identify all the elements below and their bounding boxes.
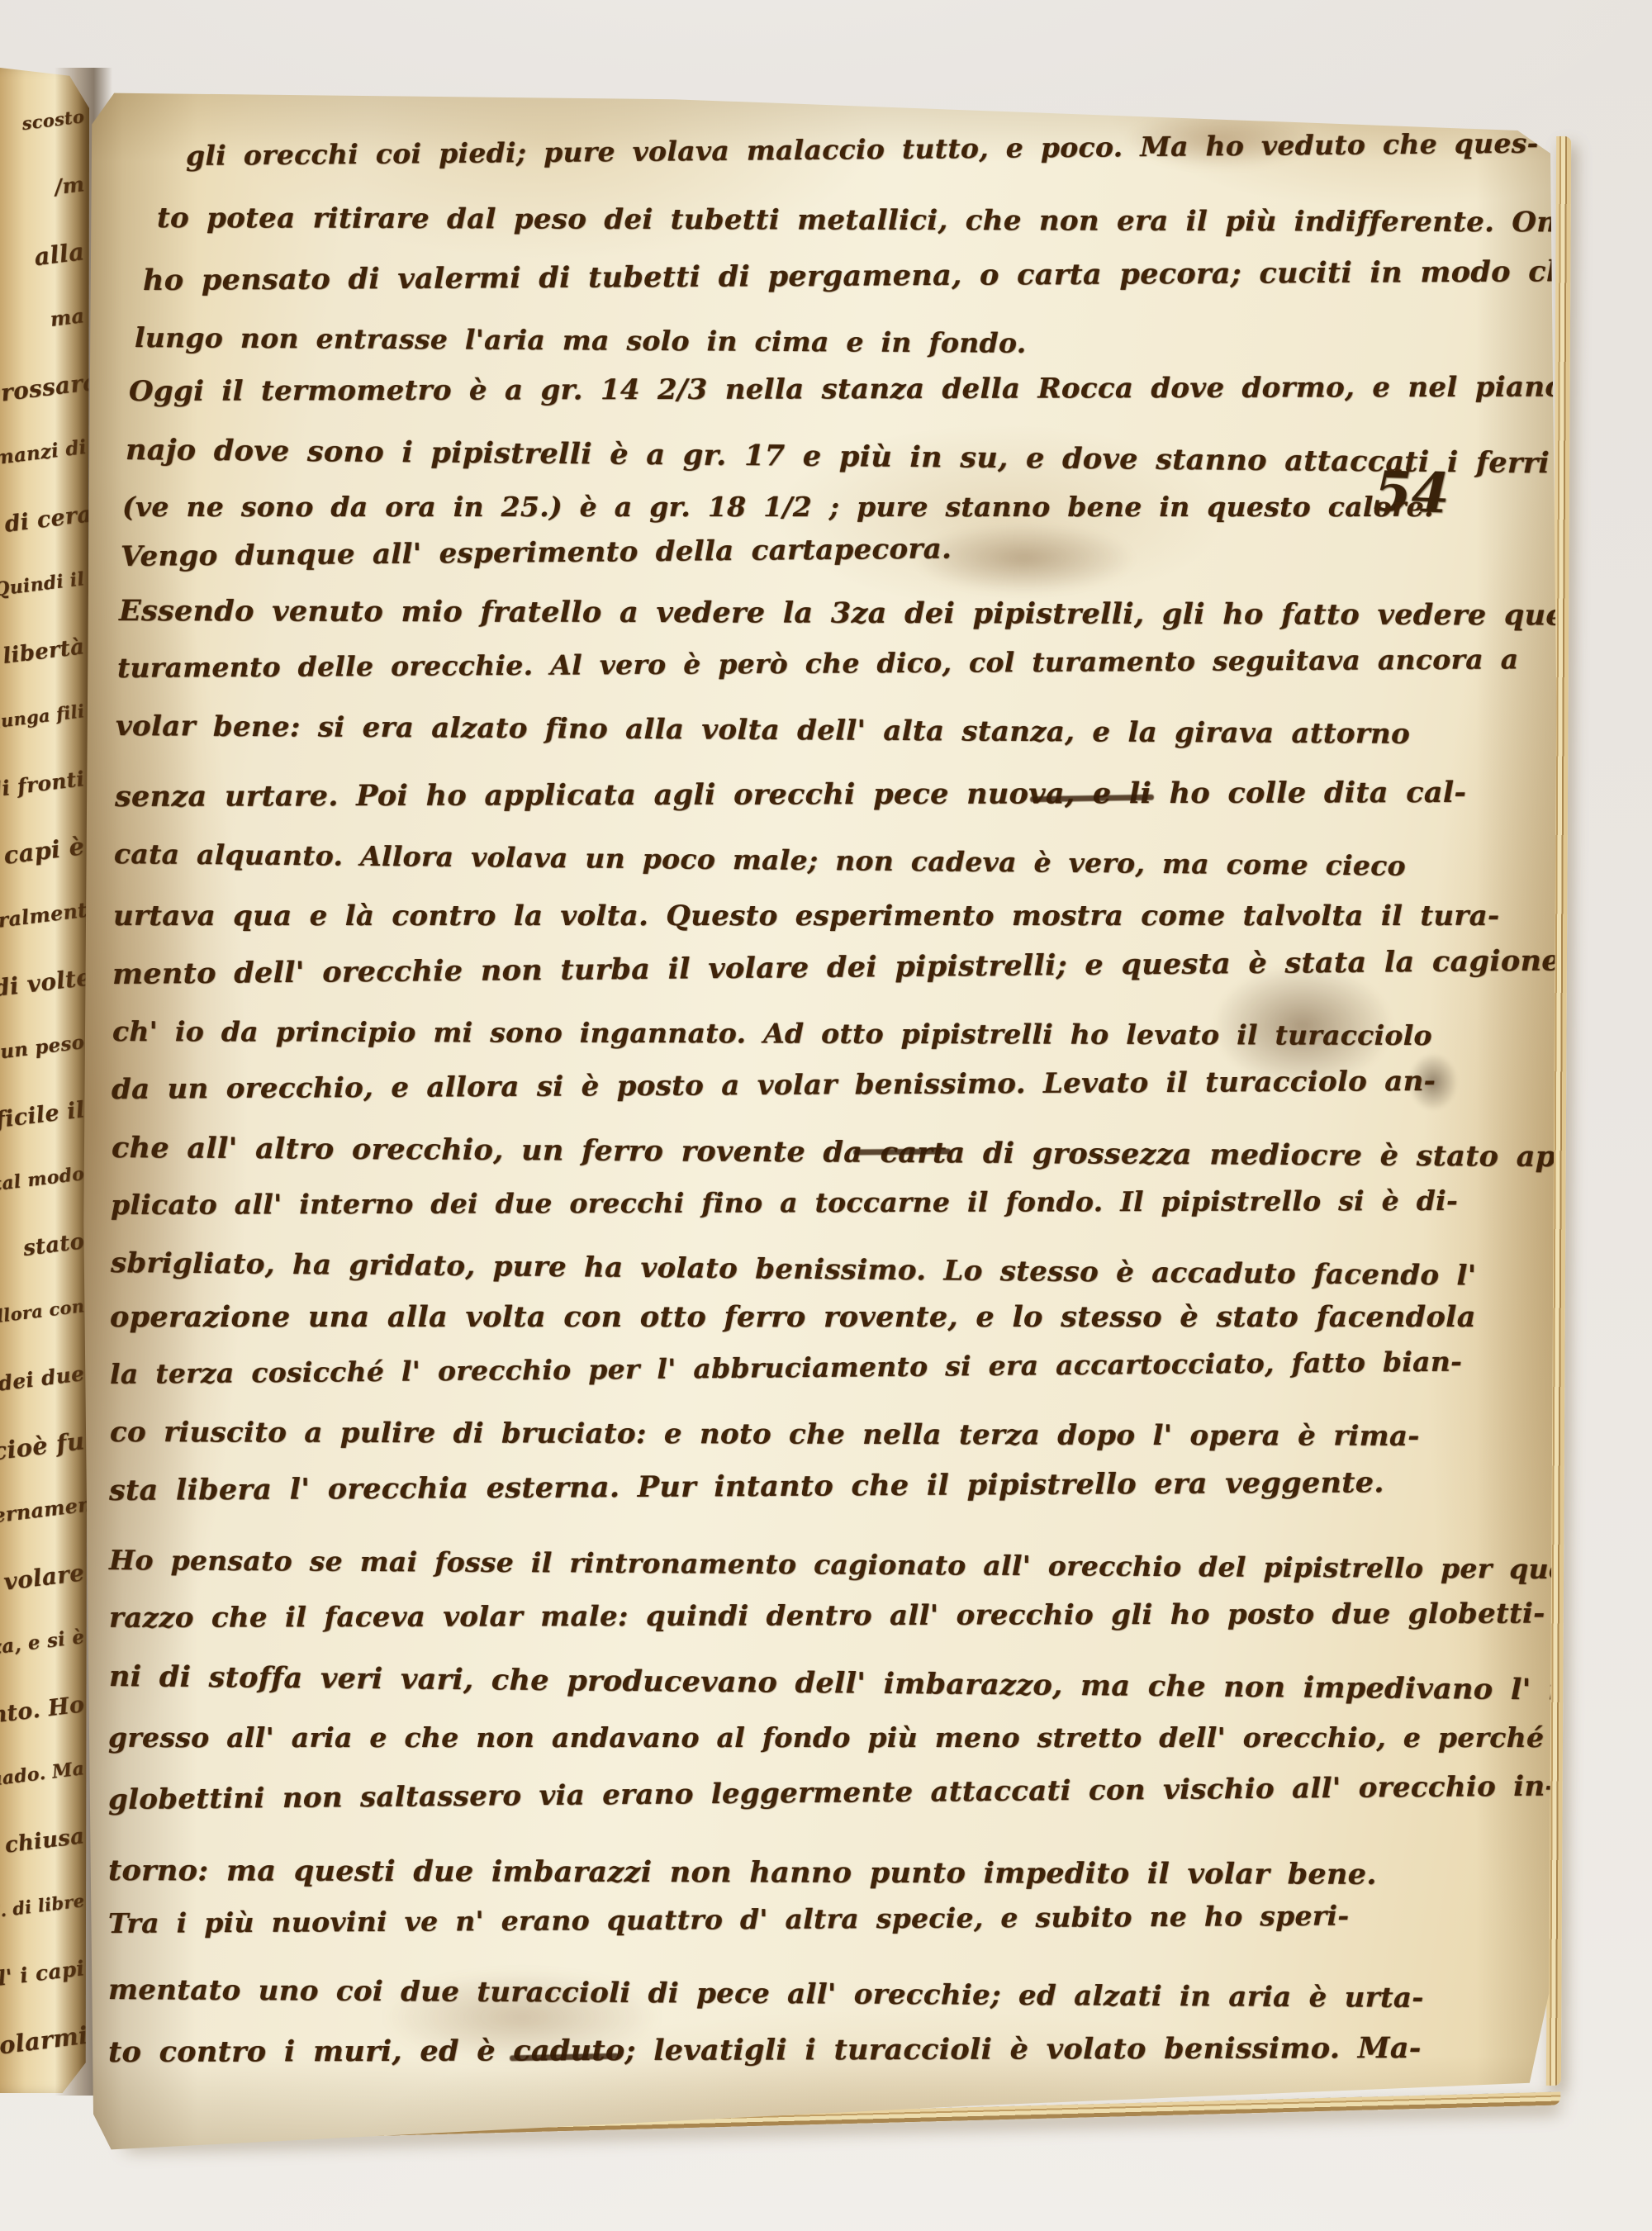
manuscript-line: najo dove sono i pipistrelli è a gr. 17 … <box>126 434 1565 482</box>
manuscript-line: mentato uno coi due turaccioli di pece a… <box>108 1974 1424 2015</box>
manuscript-line: sta libera l' orecchia esterna. Pur inta… <box>109 1466 1384 1507</box>
manuscript-line: urtava qua e là contro la volta. Questo … <box>113 900 1499 933</box>
manuscript-line: sbrigliato, ha gridato, pure ha volato b… <box>111 1247 1477 1293</box>
manuscript-line: da un orecchio, e allora si è posto a vo… <box>112 1066 1436 1106</box>
folio-number: /111 <box>1430 87 1502 126</box>
manuscript-line: che all' altro orecchio, un ferro rovent… <box>112 1132 1565 1174</box>
crossed-out-word-mark <box>853 1148 951 1155</box>
manuscript-line: to potea ritirare dal peso dei tubetti m… <box>157 202 1565 240</box>
manuscript-line: Tra i più nuovini ve n' erano quattro d'… <box>108 1901 1350 1939</box>
manuscript-line: co riuscito a pulire di bruciato: e noto… <box>110 1417 1420 1453</box>
manuscript-line: globettini non saltassero via erano legg… <box>108 1770 1557 1816</box>
manuscript-line: to contro i muri, ed è caduto; levatigli… <box>108 2032 1422 2069</box>
manuscript-line: ch' io da principio mi sono ingannato. A… <box>112 1016 1432 1051</box>
manuscript-line: cata alquanto. Allora volava un poco mal… <box>114 838 1406 882</box>
manuscript-line: gli orecchi coi piedi; pure volava malac… <box>186 128 1539 172</box>
manuscript-line: mento dell' orecchie non turba il volare… <box>112 944 1560 991</box>
manuscript-line: razzo che il faceva volar male: quindi d… <box>109 1598 1545 1635</box>
manuscript-line: volar bene: si era alzato fino alla volt… <box>116 710 1410 751</box>
manuscript-line: gresso all' aria e che non andavano al f… <box>108 1722 1565 1754</box>
manuscript-line: ni di stoffa veri vari, che producevano … <box>109 1660 1565 1707</box>
manuscript-line: Vengo dunque all' esperimento della cart… <box>121 534 952 574</box>
manuscript-line: ho pensato di valermi di tubetti di perg… <box>143 254 1565 297</box>
manuscript-page: /111 54 gli orecchi coi piedi; pure vola… <box>78 78 1565 2160</box>
manuscript-line: lungo non entrasse l'aria ma solo in cim… <box>135 322 1027 359</box>
manuscript-line: turamento delle orecchie. Al vero è però… <box>117 643 1519 684</box>
manuscript-line: senza urtare. Poi ho applicata agli orec… <box>115 776 1466 814</box>
manuscript-line: la terza cosicché l' orecchio per l' abb… <box>110 1346 1462 1390</box>
manuscript-line: Essendo venuto mio fratello a vedere la … <box>119 595 1565 633</box>
photograph-backdrop: scosto/mallamaa grossaramemanzi diuti di… <box>0 0 1652 2231</box>
manuscript-line: Ho pensato se mai fosse il rintronamento… <box>109 1545 1565 1586</box>
manuscript-line: operazione una alla volta con otto ferro… <box>110 1301 1476 1334</box>
manuscript-line: Oggi il termometro è a gr. 14 2/3 nella … <box>129 371 1565 408</box>
manuscript-line: (ve ne sono da ora in 25.) è a gr. 18 1/… <box>122 491 1434 523</box>
manuscript-line: plicato all' interno dei due orecchi fin… <box>111 1185 1458 1221</box>
manuscript-line: torno: ma questi due imbarazzi non hanno… <box>108 1854 1377 1892</box>
